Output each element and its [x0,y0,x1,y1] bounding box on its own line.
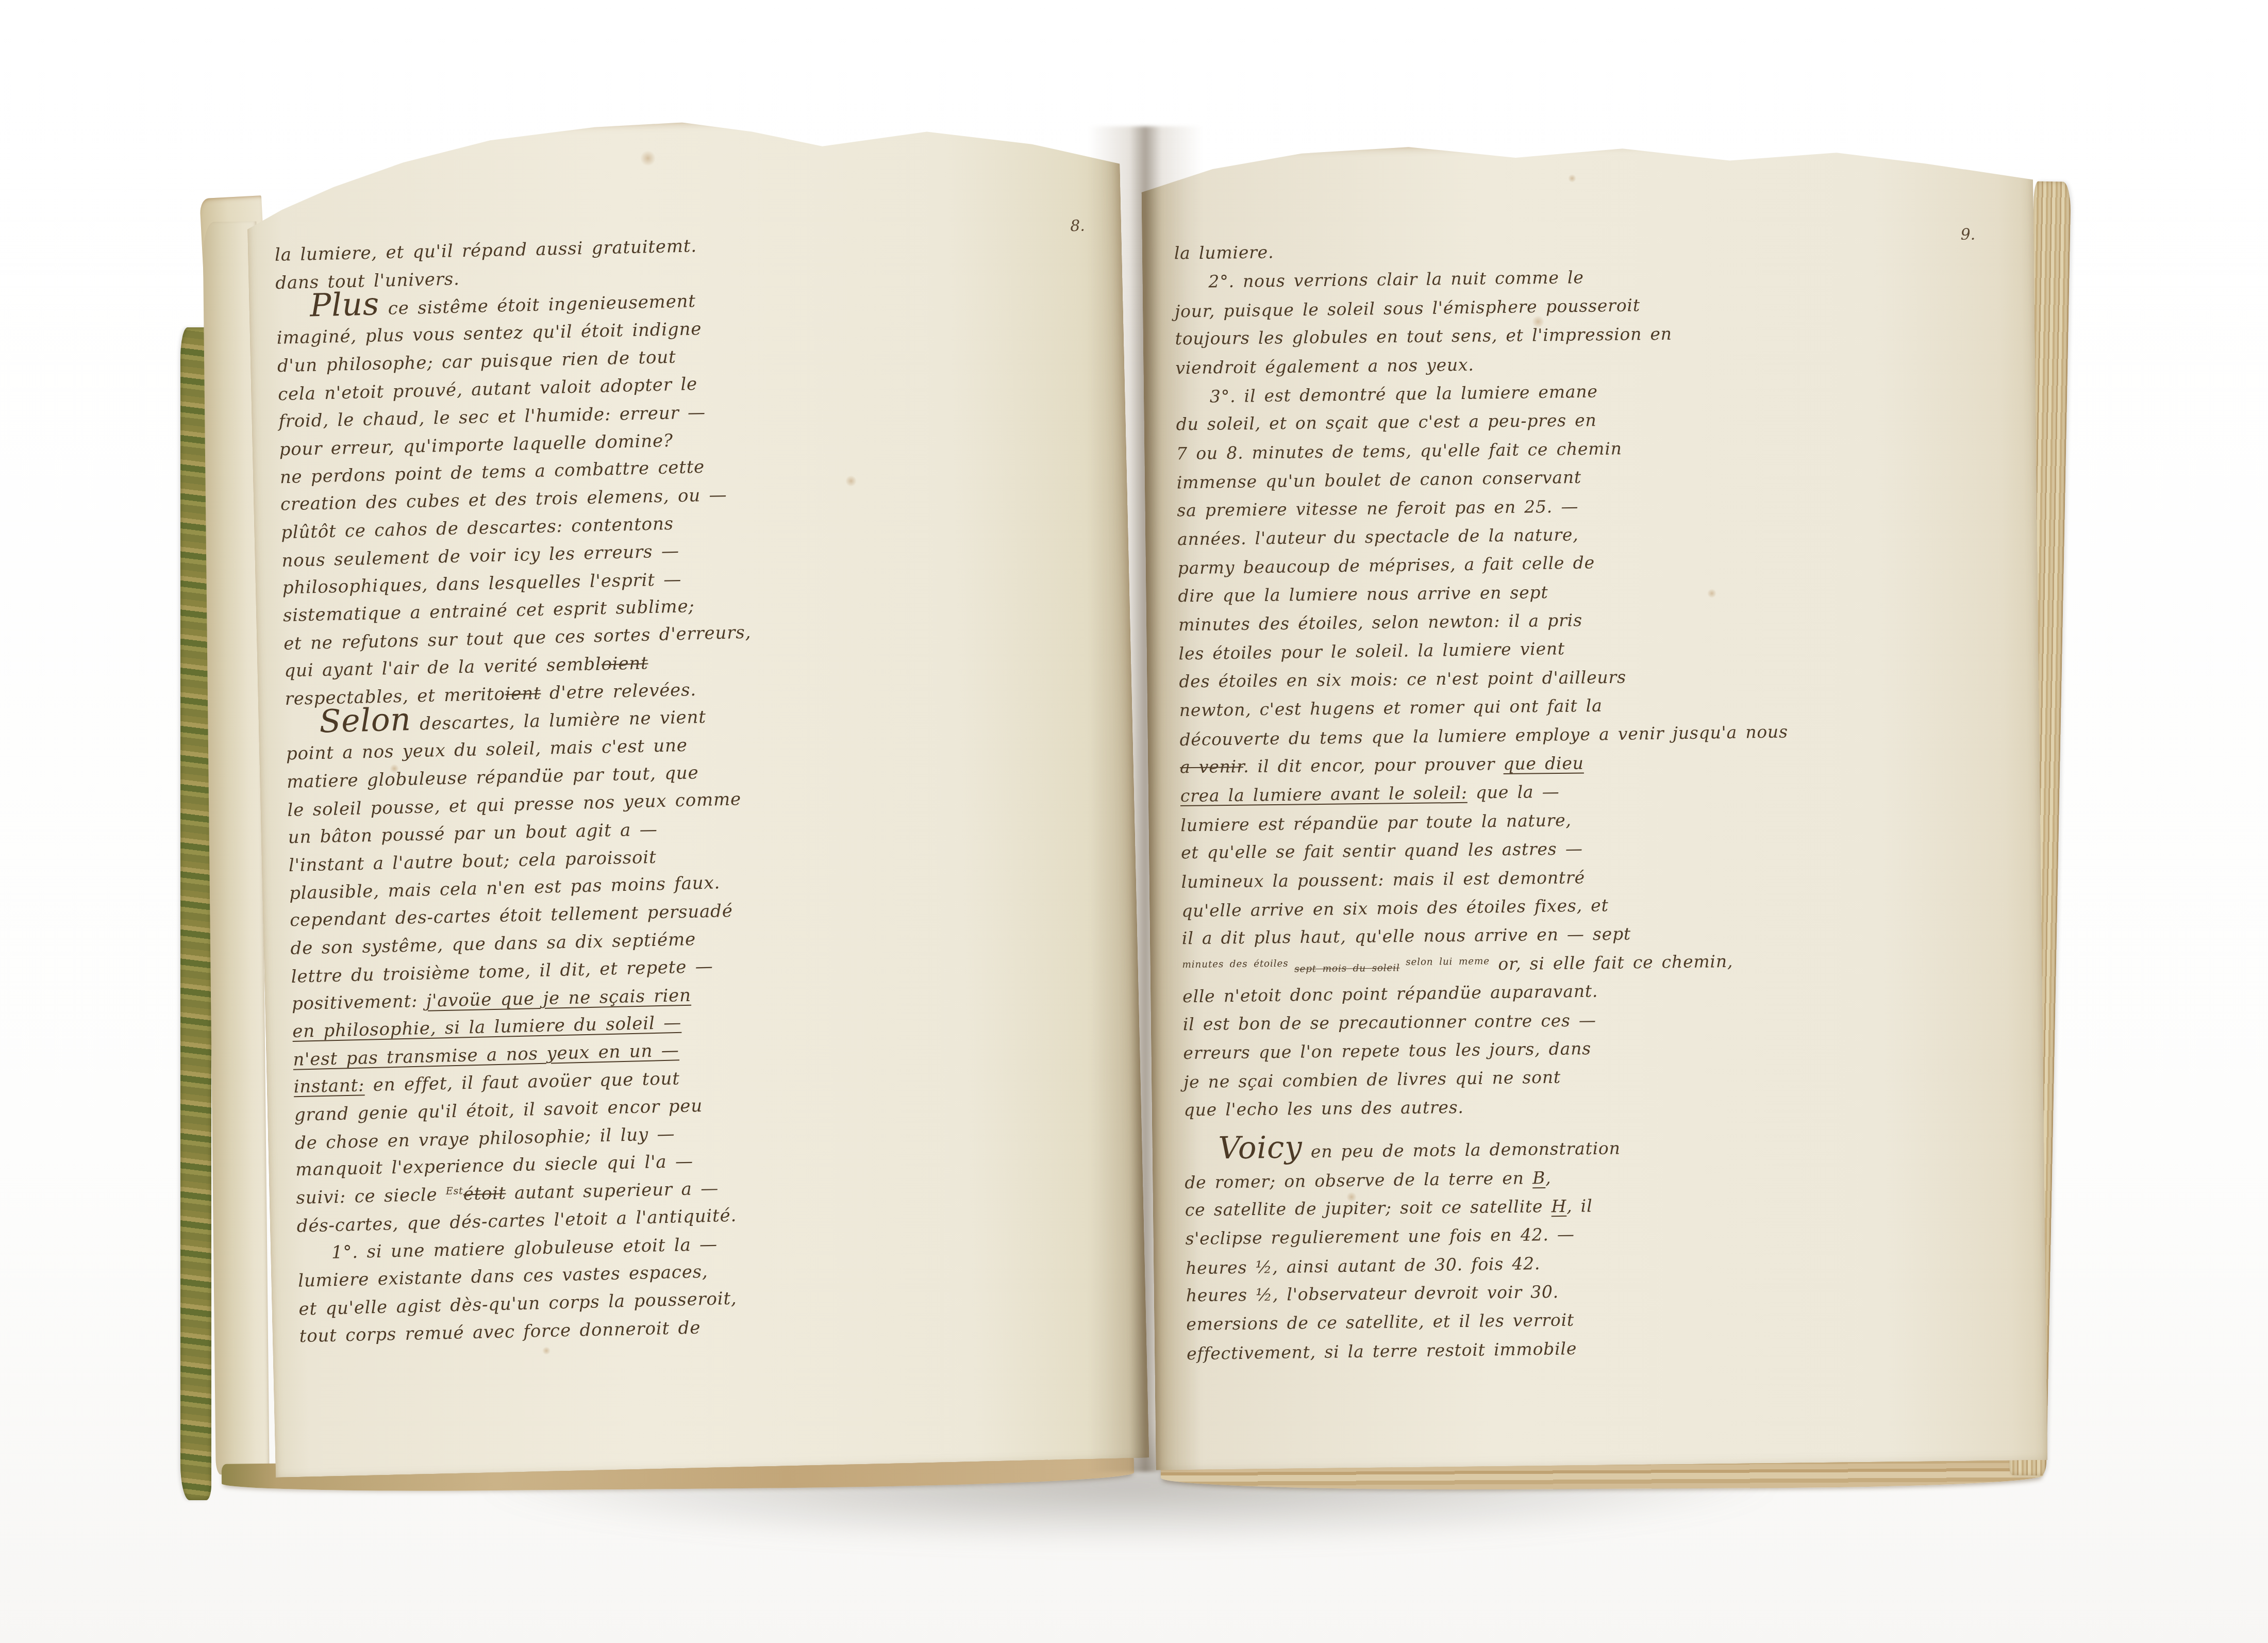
manuscript-line: effectivement, si la terre restoit immob… [1187,1337,1795,1373]
page-number-left: 8. [1070,217,1085,236]
manuscript-line: des étoiles en six mois: ce n'est point … [1179,667,1788,701]
manuscript-line: dire que la lumiere nous arrive en sept [1178,581,1787,616]
manuscript-line: heures ½, l'observateur devroit voir 30. [1186,1281,1795,1316]
right-page-text: la lumiere.2°. nous verrions clair la nu… [1174,238,1795,1373]
manuscript-line: la lumiere. [1174,239,1783,273]
left-page-text: la lumiere, et qu'il répand aussi gratui… [275,236,768,1356]
manuscript-line: a venir. il dit encor, pour prouver que … [1180,753,1789,787]
right-page: 9. la lumiere.2°. nous verrions clair la… [1141,137,2048,1470]
manuscript-line: sa premiere vitesse ne feroit pas en 25.… [1177,495,1786,530]
manuscript-photo: 8. la lumiere, et qu'il répand aussi gra… [0,0,2268,1643]
manuscript-line: il est bon de se precautionner contre ce… [1183,1009,1792,1044]
page-number-right: 9. [1960,226,1975,244]
manuscript-line: ce satellite de jupiter; soit ce satelli… [1185,1195,1794,1230]
left-page: 8. la lumiere, et qu'il répand aussi gra… [245,110,1149,1478]
manuscript-line: que l'echo les uns des autres. [1184,1095,1793,1130]
